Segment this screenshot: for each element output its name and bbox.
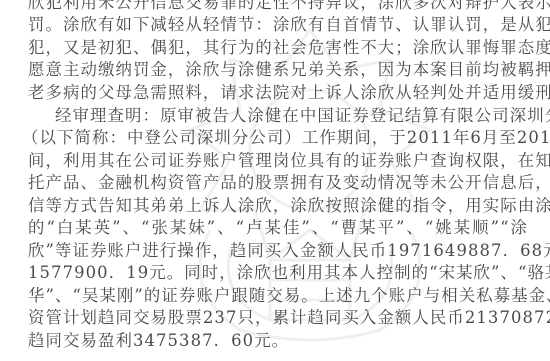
text-line: 1577900．19元。同时，涂欣也利用其本人控制的“宋某欣”、“骆某 bbox=[28, 262, 528, 284]
text-line: 罚。涂欣有如下减轻从轻情节：涂欣有自首情节、认罪认罚，是从犯、帮助 bbox=[28, 14, 528, 36]
text-line: 资管计划趋同交易股票237只，累计趋同买入金额人民币2137087250．15元… bbox=[28, 307, 536, 329]
text-line: 托产品、金融机构资管产品的股票拥有及变动情况等未公开信息后，以电话短 bbox=[28, 172, 528, 194]
text-line: 华”、“吴某刚”的证券账户跟随交易。上述九个账户与相关私募基金、券商 bbox=[28, 285, 528, 307]
text-line: 间，利用其在公司证券账户管理岗位具有的证券账户查询权限，在知悉相关信 bbox=[28, 150, 528, 172]
text-line: 愿意主动缴纳罚金，涂欣与涂健系兄弟关系，因为本案目前均被羁押，家有年 bbox=[28, 59, 528, 81]
text-line: （以下简称：中登公司深圳分公司）工作期间，于2011年6月至2014年3月 bbox=[22, 127, 528, 149]
text-line: 的“白某英”、“张某妹”、“卢某佳”、“曹某平”、“姚某顺”“涂 bbox=[28, 217, 528, 239]
text-line: 欣”等证券账户进行操作，趋同买入金额人民币1971649887．68元，盈利 bbox=[28, 240, 528, 262]
text-line: 趋同交易盈利3475387．60元。 bbox=[28, 330, 528, 352]
text-line: 犯，又是初犯、偶犯，其行为的社会危害性不大；涂欣认罪悔罪态度好，表示 bbox=[28, 37, 528, 59]
text-line: 老多病的父母急需照料，请求法院对上诉人涂欣从轻判处并适用缓刑。 bbox=[28, 82, 528, 104]
text-line: 欣犯利用未公开信息交易罪的定性不持异议，涂欣多次对辩护人表示认罪认 bbox=[28, 0, 528, 14]
text-line: 信等方式告知其弟弟上诉人涂欣，涂欣按照涂健的指令，用实际由涂健控制 bbox=[28, 195, 528, 217]
paragraph-start-line: 经审理查明：原审被告人涂健在中国证券登记结算有限公司深圳分公司 bbox=[55, 105, 528, 127]
